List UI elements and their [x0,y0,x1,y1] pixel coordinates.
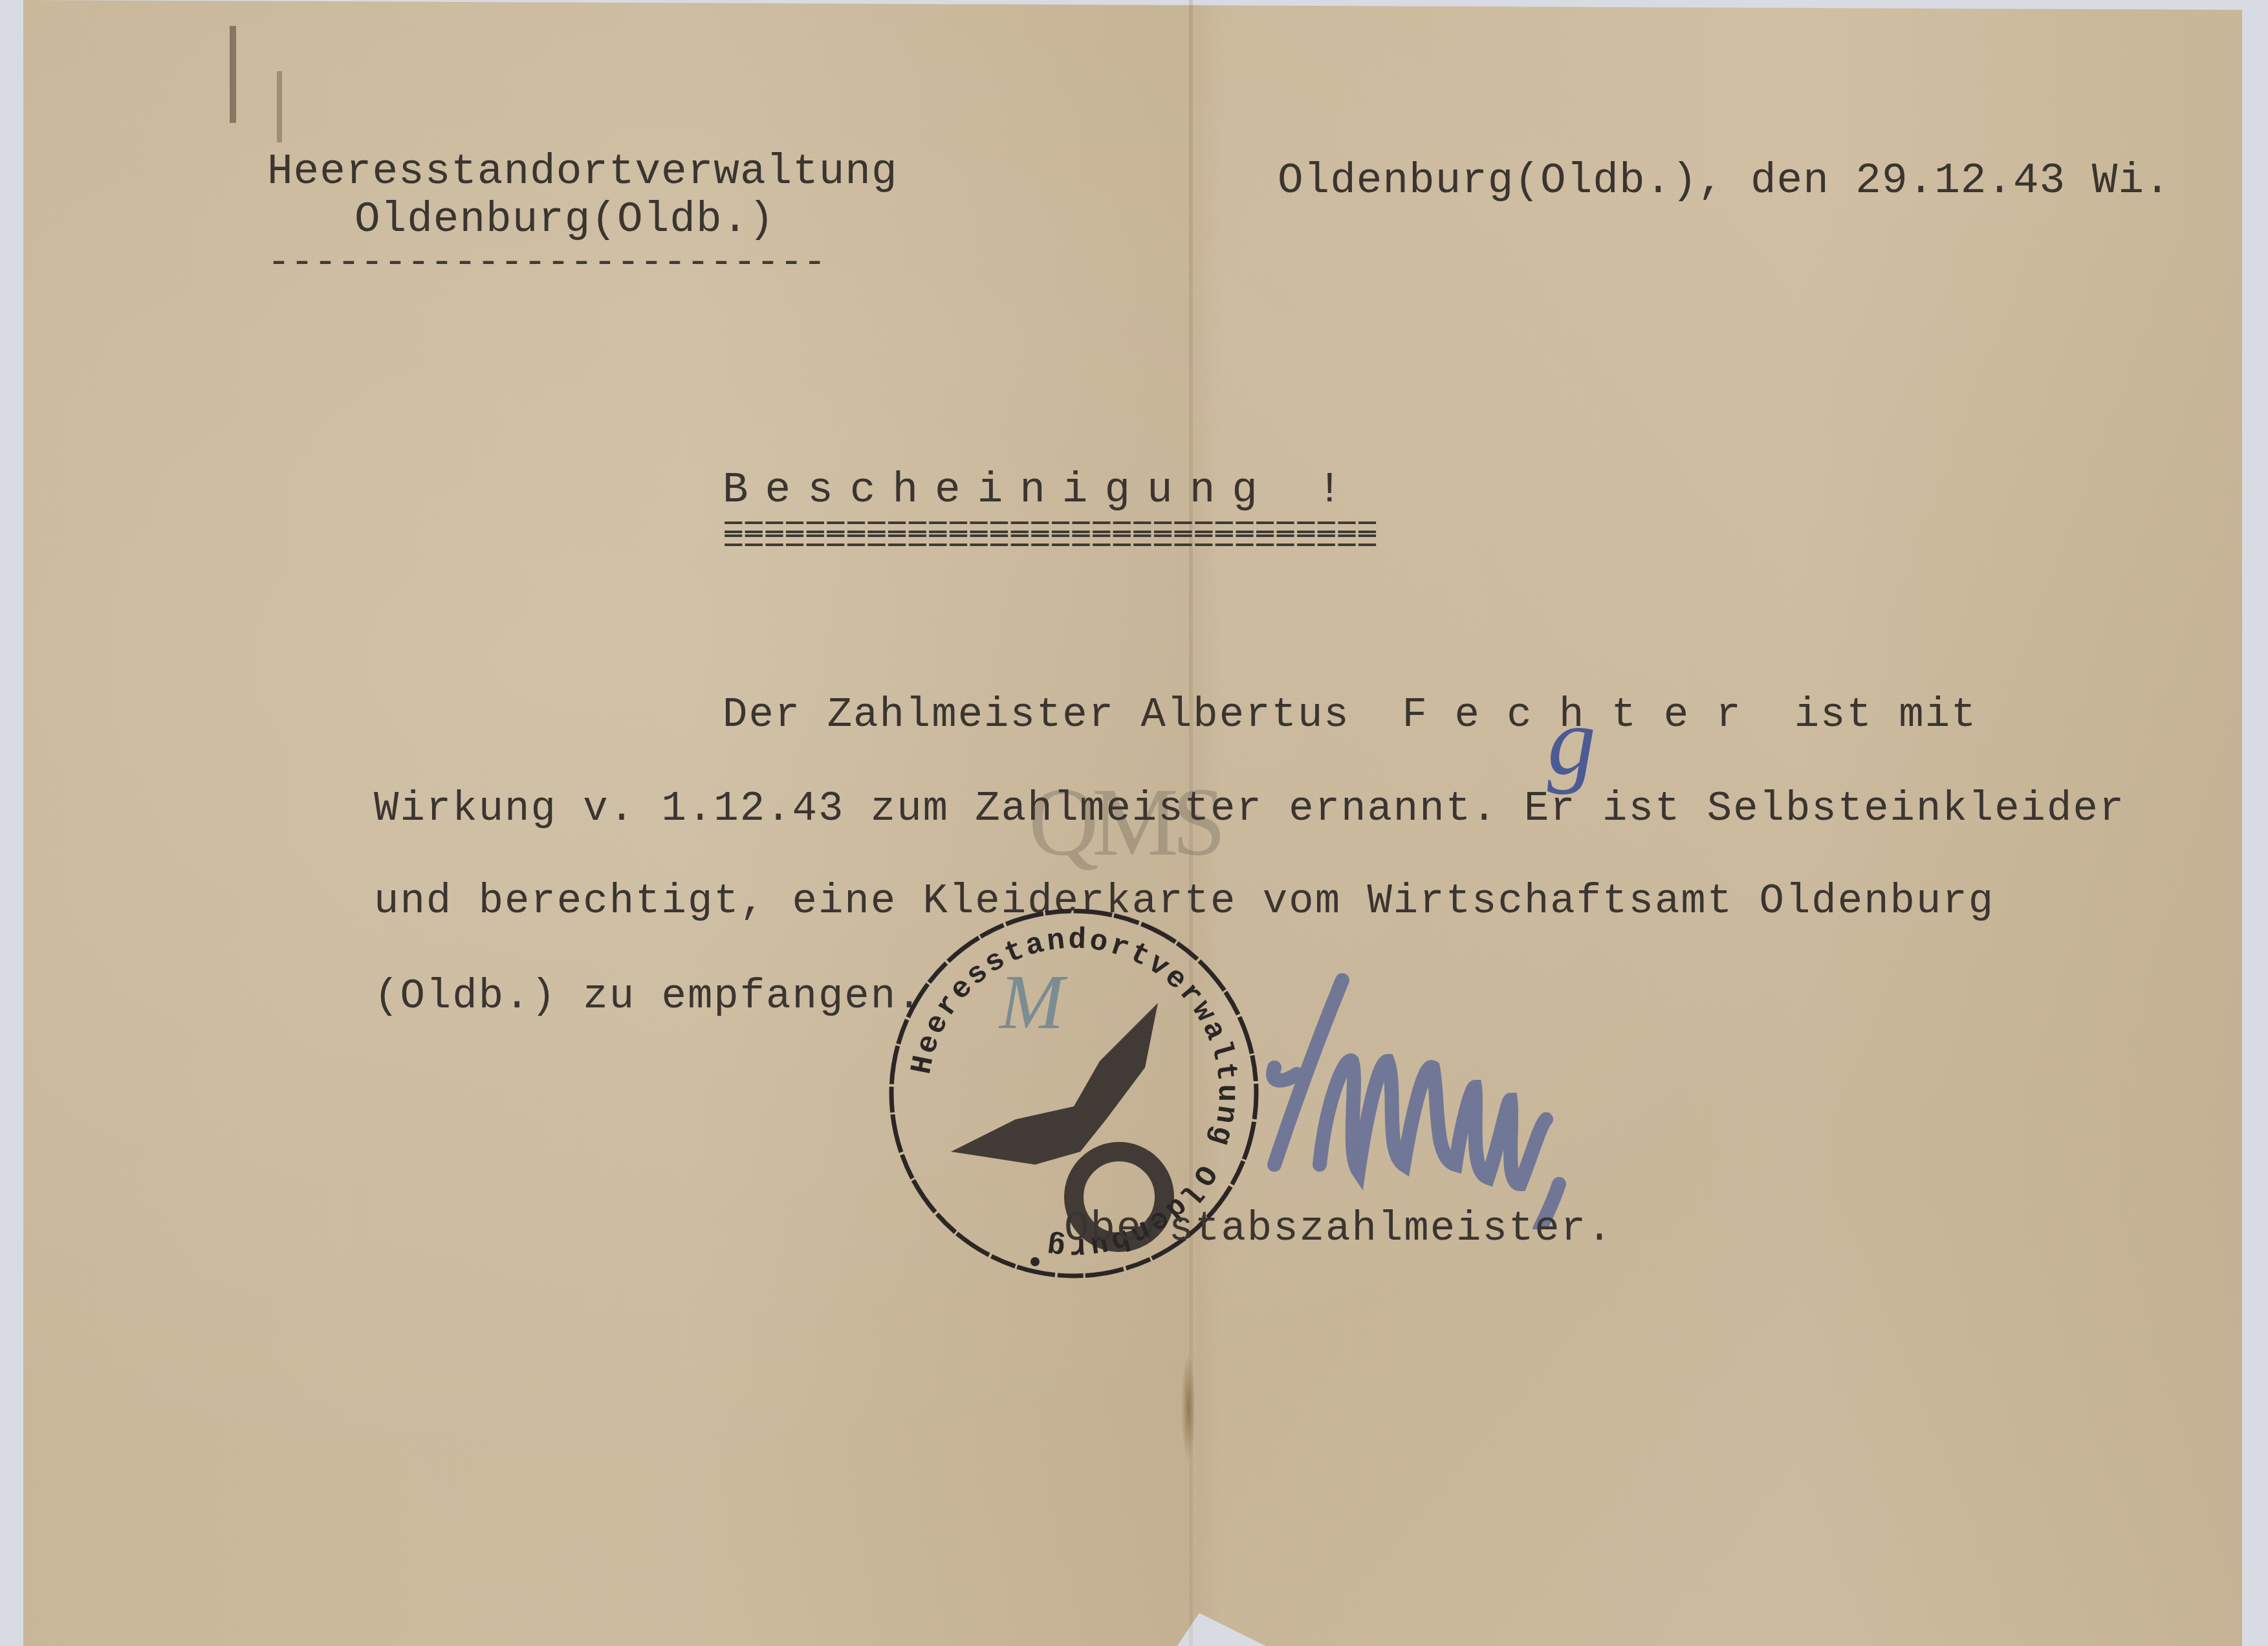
sender-city: Oldenburg(Oldb.) [354,195,775,244]
handwritten-correction: g [1547,686,1596,797]
body-line-4: (Oldb.) zu empfangen. [374,974,923,1020]
signatory-title: Oberstabszahlmeister. [1064,1206,1613,1253]
sender-name: Heeresstandortverwaltung [267,148,898,196]
body-line-1: Der Zahlmeister Albertus F e c h t e r i… [723,692,1978,739]
place-date: Oldenburg(Oldb.), den 29.12.43 Wi. [1278,157,2171,205]
sender-underline: ------------------------ [267,241,826,285]
body-line-2: Wirkung v. 1.12.43 zum Zahlmeister ernan… [374,786,2125,833]
staple-mark [230,26,236,123]
signature [1248,958,1585,1229]
rust-stain [1181,1352,1195,1462]
title-underline-2: ================================ [723,529,1377,555]
staple-mark [277,71,282,142]
document-title: Bescheinigung ! [723,466,1359,514]
